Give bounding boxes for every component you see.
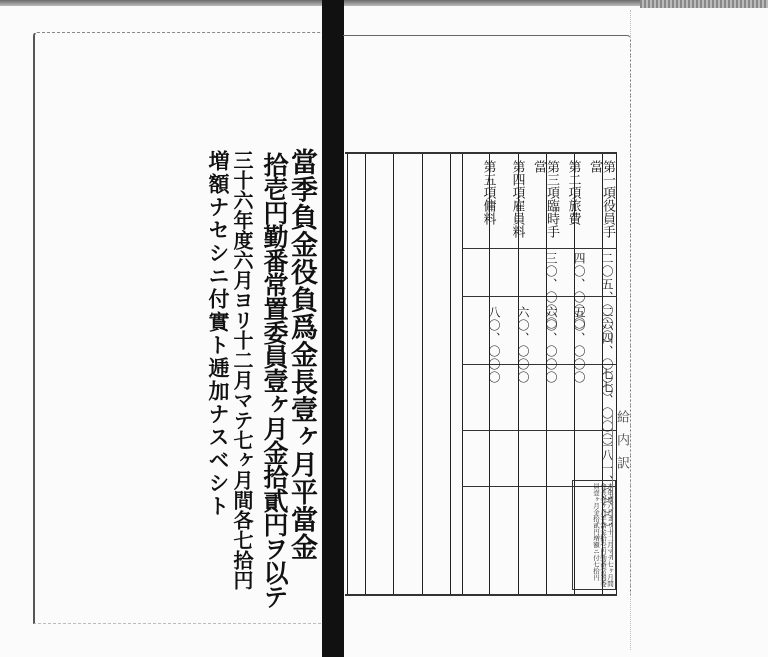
left-page-column-3: 三十六年度六月ヨリ十二月マテ七ヶ月間各七拾円 [232, 150, 252, 590]
grid-line [393, 154, 394, 594]
grid-line [347, 154, 348, 594]
left-page-column-1: 當季負金役負爲金長壹ヶ月平當金 [288, 148, 315, 561]
header-item-4: 第四項雇員料 [505, 160, 529, 250]
header-item-5: 第五項傭料 [476, 160, 500, 250]
header-item-2: 第二項旅費 [561, 160, 585, 250]
grid-line [462, 154, 463, 594]
grid-line [365, 154, 366, 594]
cell: 六〇、〇〇〇 [533, 306, 557, 384]
book-spine [322, 0, 344, 657]
cell: 七七、〇〇〇 [589, 368, 613, 446]
footnote-box: 本年度六月ヨリ十二月マテ七ヶ月間會長壹ヶ月平當金拾壱円勤番常置委員壹ヶ月金拾貳円… [572, 480, 616, 590]
grid-line [422, 154, 423, 594]
scan-top-edge-right [640, 0, 768, 8]
grid-line [450, 154, 451, 594]
cell: 六〇、〇〇〇 [505, 306, 529, 384]
cell: 八〇、〇〇〇 [476, 306, 500, 384]
cell: 五〇、〇〇〇 [561, 306, 585, 384]
side-margin-label: 給内訳 [612, 410, 631, 560]
header-item-3: 第三項臨時手當 [533, 160, 557, 250]
left-page-column-4: 増額ナセシニ付實ト逓加ナスベシト [208, 150, 229, 518]
left-page-column-2: 拾壱円勤番常置委員壹ヶ月金拾貳円ヲ以テ [262, 152, 287, 608]
header-item-1: 第一項役員手當 [589, 160, 613, 250]
